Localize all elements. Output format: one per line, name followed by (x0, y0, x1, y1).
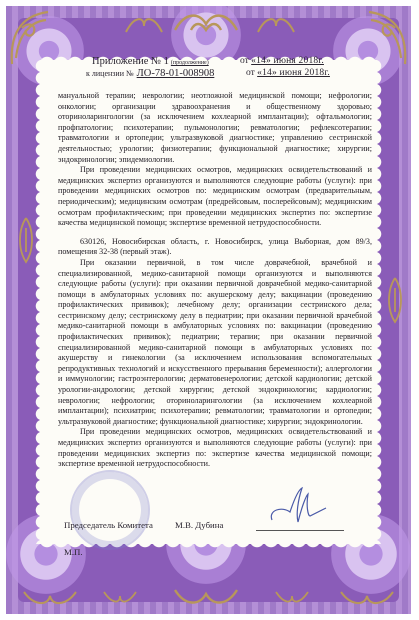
services-paragraph-4: При проведении медицинских осмотров, мед… (58, 427, 372, 469)
ornament-bottom-center-icon (171, 584, 241, 608)
ornament-corner-top-right-icon (365, 8, 409, 68)
signatory-position: Председатель Комитета (64, 520, 153, 530)
wave-border-left (30, 60, 42, 544)
ornament-top-center-icon (171, 10, 241, 36)
official-seal (70, 470, 150, 550)
signature-icon (268, 486, 328, 535)
ornament-bottom-mid-right-icon (274, 588, 310, 606)
appendix-label: Приложение № 1 (92, 56, 169, 67)
document-body: мануальной терапии; неврологии; неотложн… (58, 91, 372, 470)
ornament-bottom-left-icon (22, 586, 78, 608)
date-prefix-2: от (246, 68, 255, 78)
ornament-right-side-icon (385, 276, 405, 324)
date-value: «14» июня 2018г. (251, 56, 324, 66)
date-value-2: «14» июня 2018г. (257, 68, 330, 78)
ornament-top-right-icon (256, 14, 296, 36)
seal-label: М.П. (64, 547, 83, 557)
appendix-note: (продолжение) (171, 60, 209, 66)
ornament-top-left-icon (124, 14, 164, 36)
license-date: от «14» июня 2018г. (246, 68, 330, 78)
signature-line (256, 530, 344, 531)
ornament-left-side-icon (16, 216, 36, 264)
ornament-bottom-mid-left-icon (102, 588, 138, 606)
license-row: к лицензии № ЛО-78-01-008908 от «14» июн… (86, 68, 214, 80)
services-paragraph-1: мануальной терапии; неврологии; неотложн… (58, 91, 372, 165)
signatory-name: М.В. Дубина (175, 520, 223, 530)
license-label: к лицензии № (86, 69, 134, 78)
services-paragraph-2: При проведении медицинских осмотров, мед… (58, 165, 372, 229)
ornament-bottom-right-icon (339, 586, 395, 608)
document-header: Приложение № 1 (продолжение) от «14» июн… (92, 56, 214, 80)
appendix-row: Приложение № 1 (продолжение) от «14» июн… (92, 56, 214, 68)
date-prefix: от (240, 56, 249, 66)
appendix-date: от «14» июня 2018г. (240, 56, 324, 66)
ornament-corner-top-left-icon (8, 8, 52, 68)
license-number: ЛО-78-01-008908 (137, 68, 215, 79)
address-paragraph: 630126, Новосибирская область, г. Новоси… (58, 237, 372, 258)
services-paragraph-3: При оказании первичной, в том числе довр… (58, 258, 372, 428)
